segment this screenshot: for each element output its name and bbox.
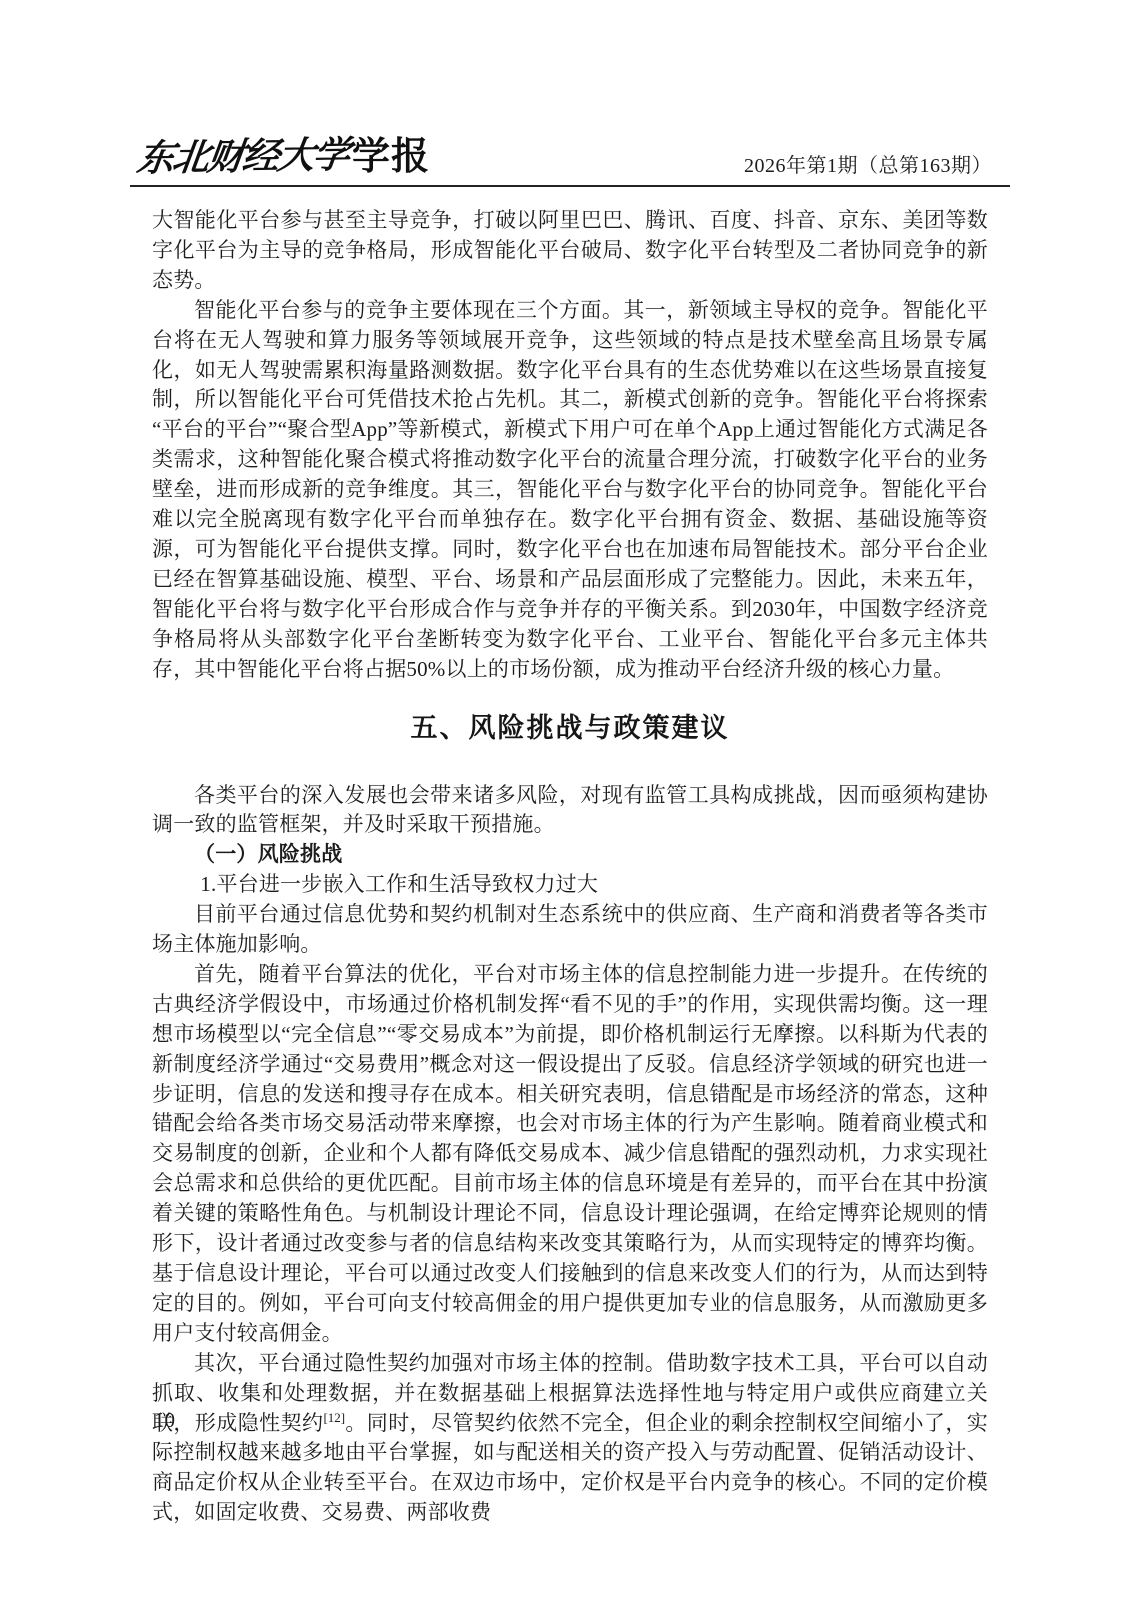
- journal-page: 东北财经大学学报 2026年第1期（总第163期） 大智能化平台参与甚至主导竞争…: [0, 0, 1140, 1600]
- sub-heading-platform-power: 1.平台进一步嵌入工作和生活导致权力过大: [152, 870, 988, 900]
- paragraph-continuation: 大智能化平台参与甚至主导竞争，打破以阿里巴巴、腾讯、百度、抖音、京东、美团等数字…: [152, 206, 988, 296]
- article-body: 大智能化平台参与甚至主导竞争，打破以阿里巴巴、腾讯、百度、抖音、京东、美团等数字…: [152, 206, 988, 1528]
- footnote-reference-12: [12]: [323, 1410, 345, 1425]
- paragraph-implicit-contract: 其次，平台通过隐性契约加强对市场主体的控制。借助数字技术工具，平台可以自动抓取、…: [152, 1349, 988, 1528]
- issue-info: 2026年第1期（总第163期）: [744, 149, 992, 178]
- journal-logo-calligraphy: 东北财经大学: [134, 124, 351, 182]
- paragraph-competition-aspects: 智能化平台参与的竞争主要体现在三个方面。其一，新领域主导权的竞争。智能化平台将在…: [152, 296, 988, 685]
- journal-logo-suffix: 学报: [352, 125, 430, 180]
- page-number: 10: [154, 1408, 175, 1433]
- sub-heading-risk-challenges: （一）风险挑战: [152, 840, 988, 870]
- section-heading: 五、风险挑战与政策建议: [152, 711, 988, 745]
- paragraph-risk-intro: 各类平台的深入发展也会带来诸多风险，对现有监管工具构成挑战，因而亟须构建协调一致…: [152, 781, 988, 841]
- journal-logo: 东北财经大学学报: [138, 125, 430, 180]
- paragraph-information-control: 首先，随着平台算法的优化，平台对市场主体的信息控制能力进一步提升。在传统的古典经…: [152, 960, 988, 1349]
- header-rule: [130, 185, 1010, 187]
- paragraph-platform-influence: 目前平台通过信息优势和契约机制对生态系统中的供应商、生产商和消费者等各类市场主体…: [152, 900, 988, 960]
- page-header: 东北财经大学学报 2026年第1期（总第163期）: [130, 132, 1010, 184]
